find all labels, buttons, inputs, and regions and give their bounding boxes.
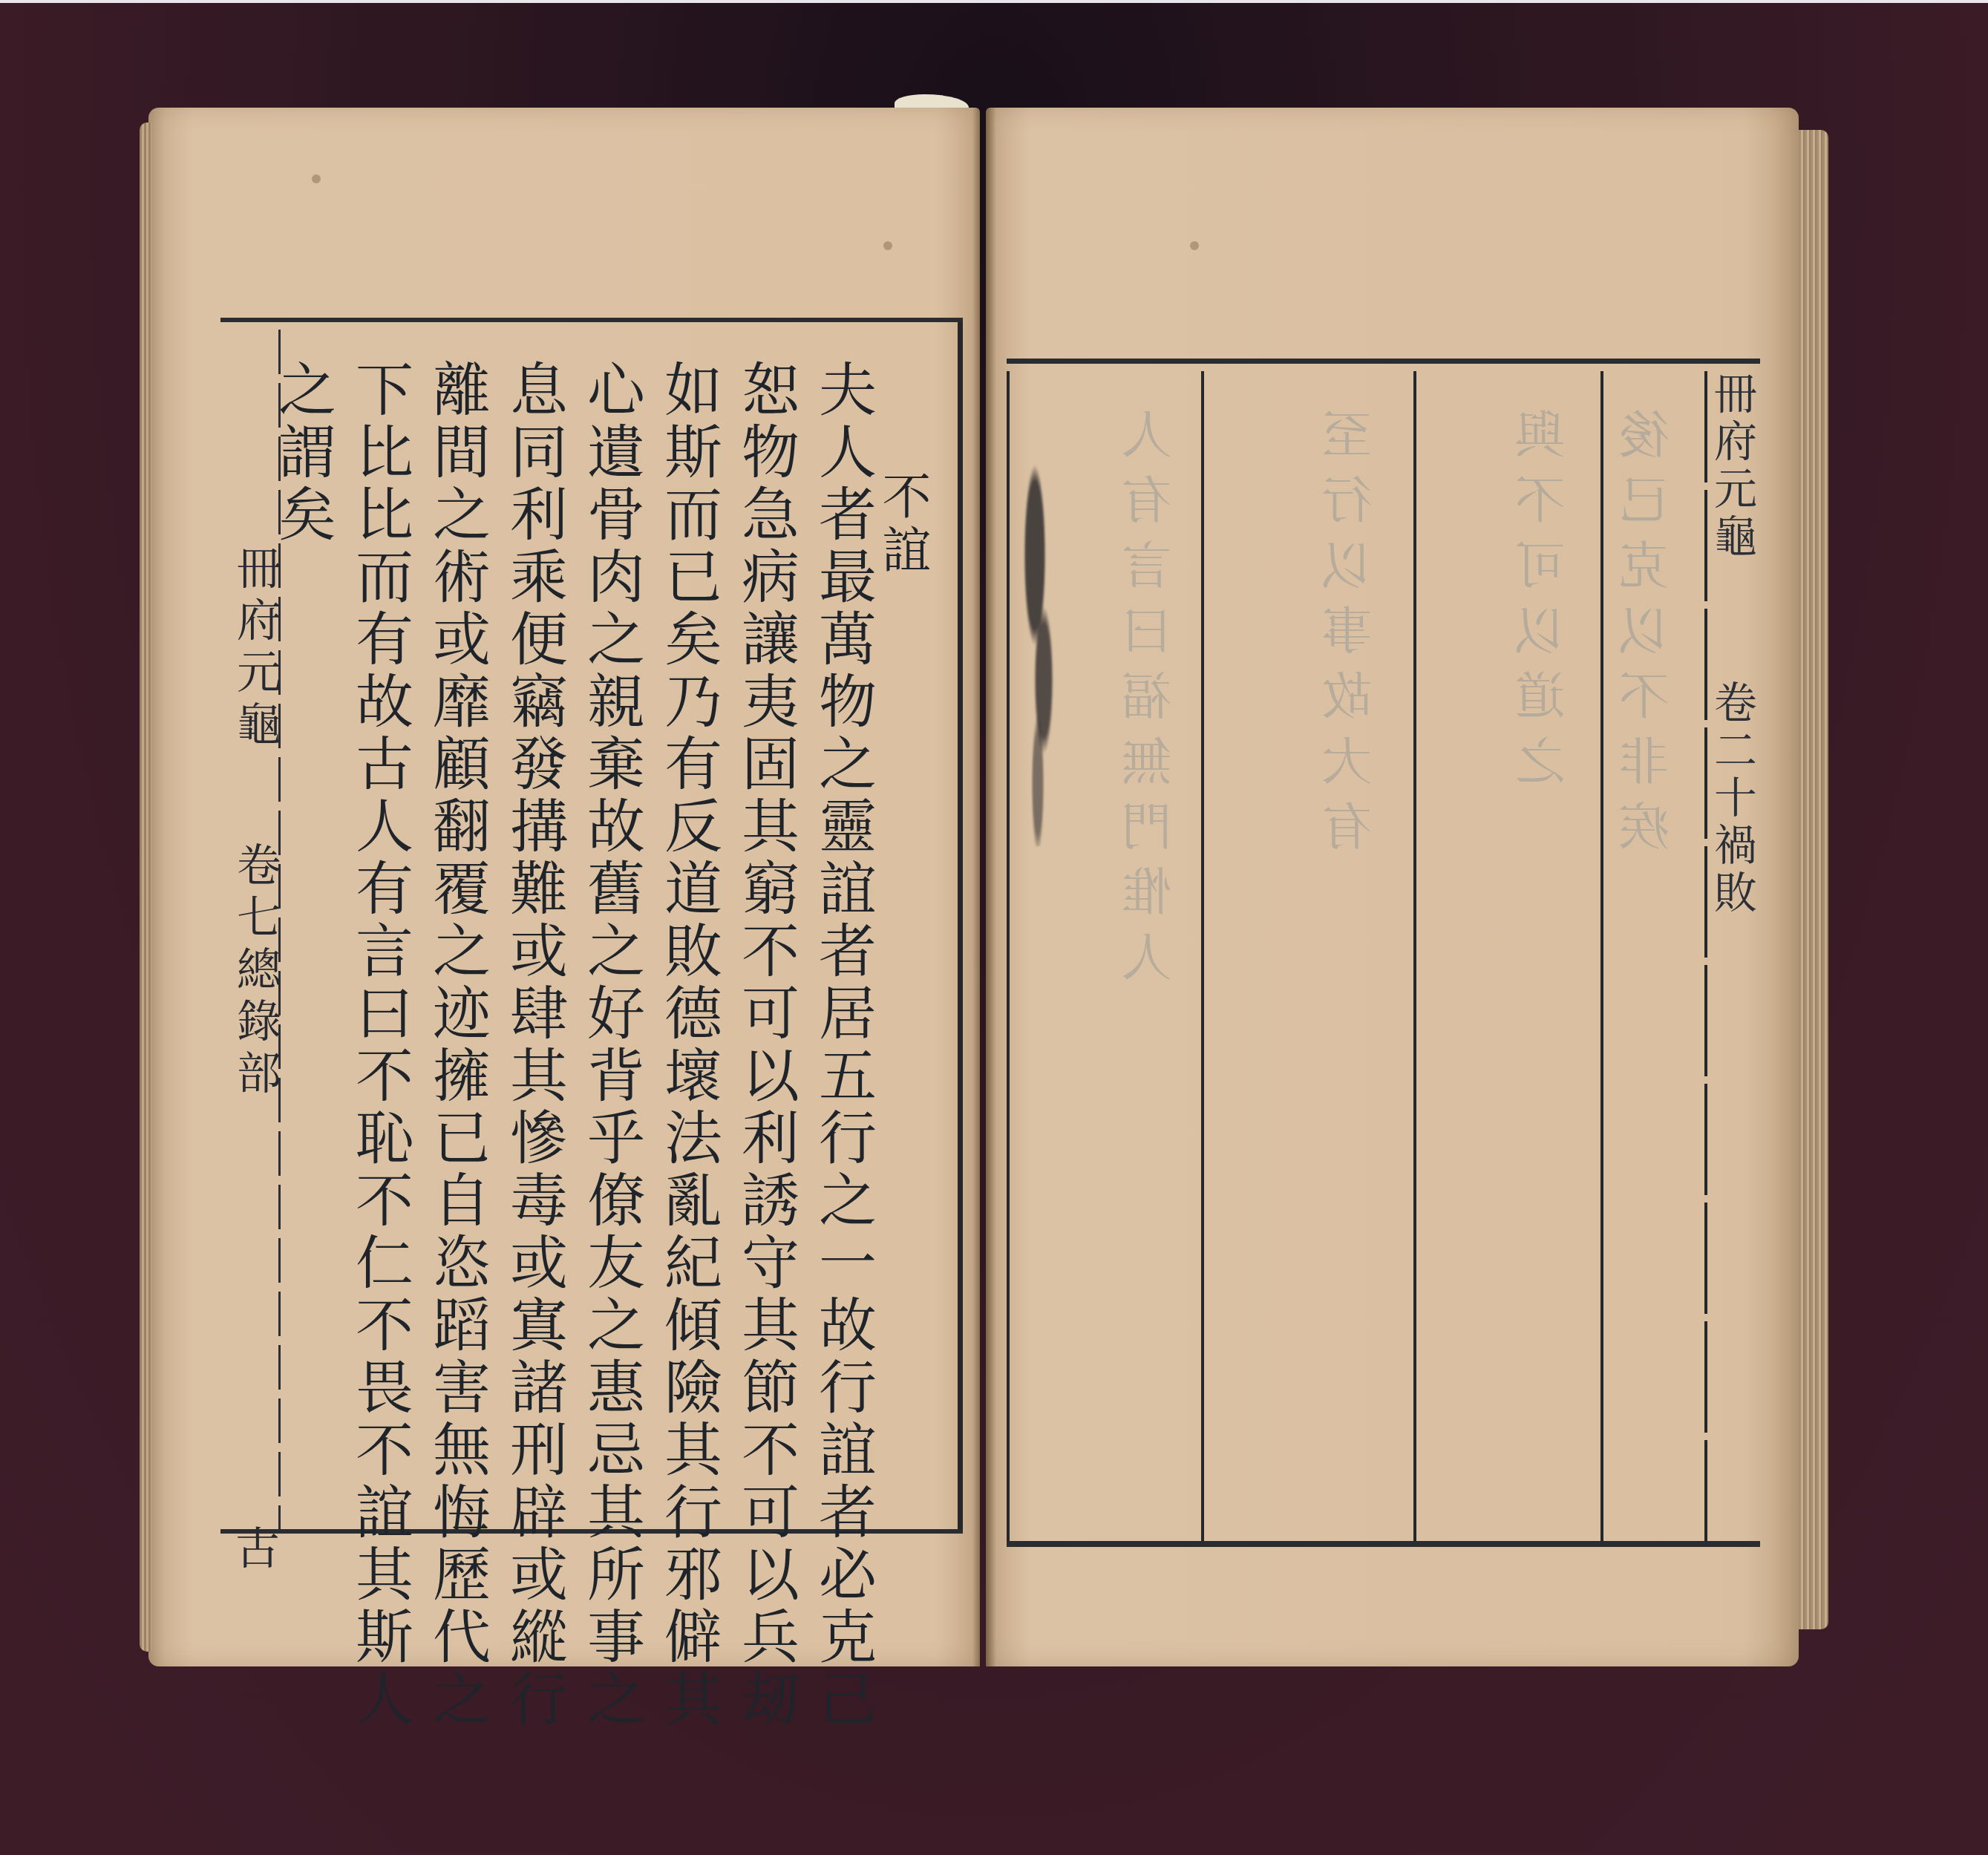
left-page: 冊府元龜卷七總錄部 古 不誼 夫人者最萬物之靈誼者居五行之一故行誼者必克己 恕物…: [148, 108, 980, 1666]
scan-edge-strip: [0, 0, 1988, 3]
volume-label: 卷二十: [1704, 680, 1760, 822]
wormhole: [883, 241, 892, 250]
section-label: 禍敗: [1707, 822, 1757, 917]
section-heading: 不誼: [881, 359, 941, 1517]
printed-frame-right: 後已克以不非疾 與不可以道之 至行以事故大有 人有言曰福無門惟人 冊府元龜卷二十…: [1007, 359, 1760, 1547]
open-book: 冊府元龜卷七總錄部 古 不誼 夫人者最萬物之靈誼者居五行之一故行誼者必克己 恕物…: [148, 108, 1845, 1689]
page-edge-stack-left: [140, 122, 151, 1652]
wormhole: [312, 174, 321, 183]
column-rule: [1413, 371, 1416, 1541]
margin-title-right: 冊府元龜卷二十禍敗: [1701, 371, 1760, 917]
text-column: 下比比而有故古人有言曰不恥不仁不畏不誼其斯人: [341, 359, 418, 1517]
frame-rule-left: [1007, 371, 1010, 1541]
book-title: 冊府元龜: [1707, 371, 1757, 561]
text-column-final: 之謂矣: [264, 359, 341, 1517]
bleed-through-column: 至行以事故大有: [1318, 408, 1385, 866]
bleed-through-column: 與不可以道之: [1511, 408, 1578, 800]
folio-number: 古: [235, 1514, 280, 1577]
text-columns: 不誼 夫人者最萬物之靈誼者居五行之一故行誼者必克己 恕物急病讓夷固其窮不可以利誘…: [264, 359, 941, 1517]
column-rule: [1201, 371, 1204, 1541]
text-column: 如斯而已矣乃有反道敗德壞法亂紀傾險其行邪僻其: [650, 359, 727, 1517]
text-column: 心遺骨肉之親棄故舊之好背乎僚友之惠忌其所事之: [572, 359, 650, 1517]
bleed-through-column: 人有言曰福無門惟人: [1118, 408, 1185, 996]
text-column: 息同利乘便竊發搆難或肆其慘毒或寘諸刑辟或縱行: [495, 359, 572, 1517]
printed-frame-left: 冊府元龜卷七總錄部 古 不誼 夫人者最萬物之靈誼者居五行之一故行誼者必克己 恕物…: [220, 318, 963, 1534]
frame-rule-right: [958, 322, 963, 1529]
text-column: 離間之術或靡顧翻覆之迹擁已自恣蹈害無悔歷代之: [418, 359, 495, 1517]
ink-blot: [1011, 431, 1070, 846]
wormhole: [1190, 241, 1199, 250]
page-edge-stack-right: [1799, 130, 1828, 1629]
right-page: 後已克以不非疾 與不可以道之 至行以事故大有 人有言曰福無門惟人 冊府元龜卷二十…: [986, 108, 1799, 1666]
bleed-through-column: 後已克以不非疾: [1615, 408, 1682, 866]
text-column: 恕物急病讓夷固其窮不可以利誘守其節不可以兵刼: [727, 359, 804, 1517]
column-rule: [1600, 371, 1603, 1541]
